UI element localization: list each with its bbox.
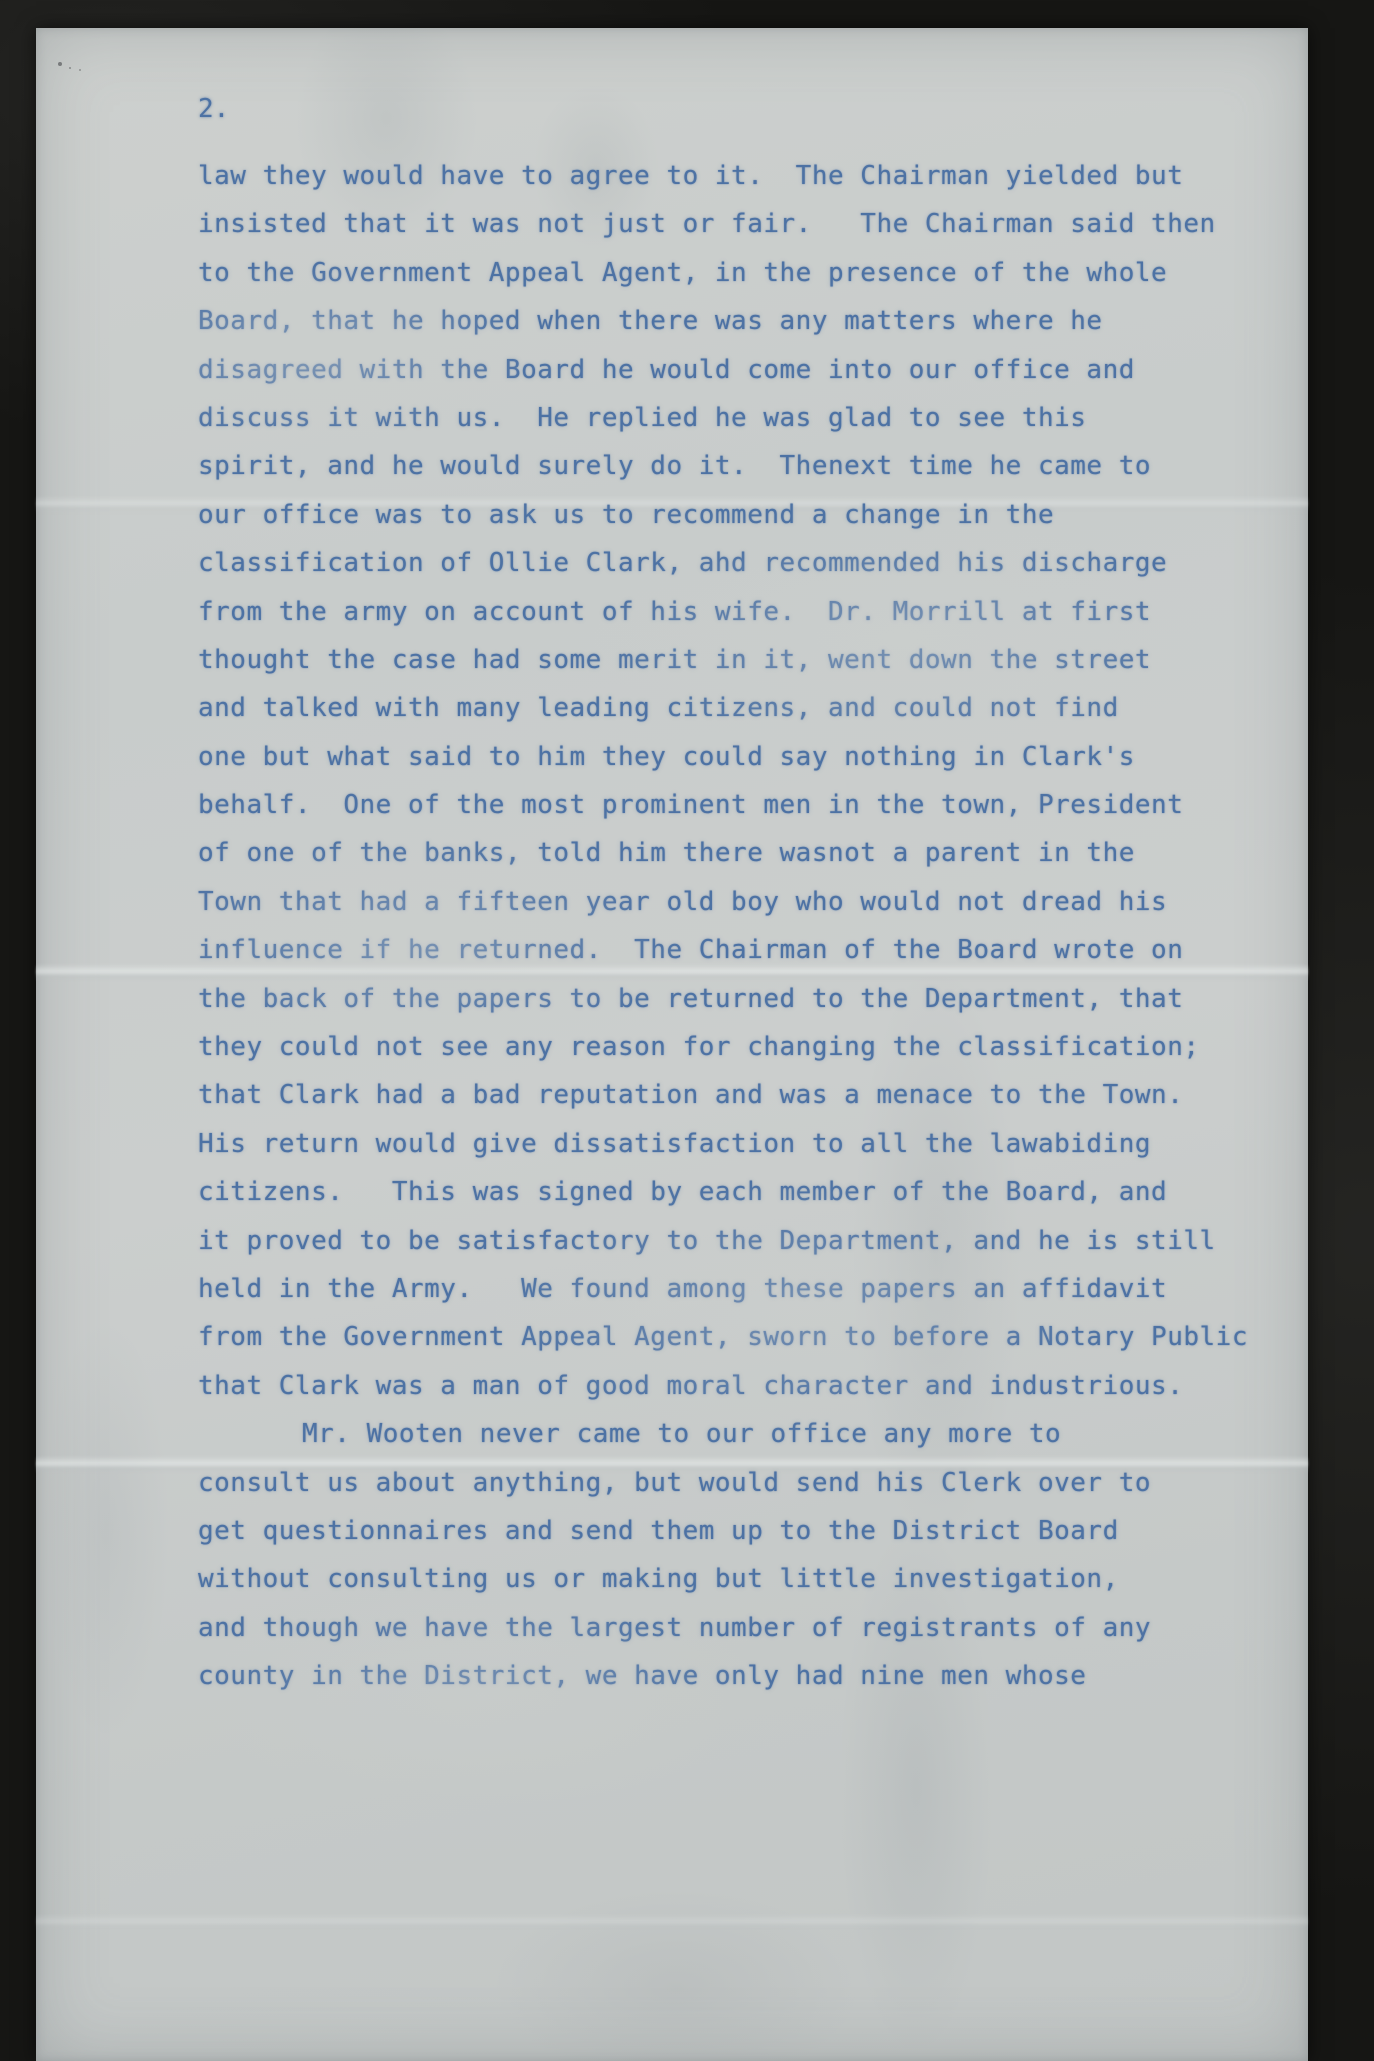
typed-line: without consulting us or making but litt…	[198, 1555, 1278, 1603]
typed-line: insisted that it was not just or fair. T…	[198, 200, 1278, 248]
typed-line: from the Government Appeal Agent, sworn …	[198, 1313, 1278, 1361]
typed-line: citizens. This was signed by each member…	[198, 1168, 1278, 1216]
typed-line: of one of the banks, told him there wasn…	[198, 829, 1278, 877]
page-number: 2.	[198, 94, 229, 124]
typed-line: law they would have to agree to it. The …	[198, 152, 1278, 200]
typed-line: from the army on account of his wife. Dr…	[198, 588, 1278, 636]
typed-line: consult us about anything, but would sen…	[198, 1459, 1278, 1507]
typed-line: Town that had a fifteen year old boy who…	[198, 878, 1278, 926]
typed-line: Board, that he hoped when there was any …	[198, 297, 1278, 345]
typed-line: disagreed with the Board he would come i…	[198, 346, 1278, 394]
typed-line: classification of Ollie Clark, ahd recom…	[198, 539, 1278, 587]
ink-smudge-dots	[58, 62, 62, 66]
typed-line: behalf. One of the most prominent men in…	[198, 781, 1278, 829]
paragraph-2: Mr. Wooten never came to our office any …	[198, 1410, 1278, 1700]
typed-line: held in the Army. We found among these p…	[198, 1265, 1278, 1313]
document-page: 2. law they would have to agree to it. T…	[36, 28, 1308, 2061]
typed-line: Mr. Wooten never came to our office any …	[198, 1410, 1278, 1458]
typed-line: influence if he returned. The Chairman o…	[198, 926, 1278, 974]
typed-line: it proved to be satisfactory to the Depa…	[198, 1217, 1278, 1265]
fold-crease	[36, 1914, 1308, 1932]
typed-text-block: law they would have to agree to it. The …	[198, 152, 1278, 1701]
typed-line: to the Government Appeal Agent, in the p…	[198, 249, 1278, 297]
typed-line: and though we have the largest number of…	[198, 1604, 1278, 1652]
typed-line: one but what said to him they could say …	[198, 733, 1278, 781]
typed-line: thought the case had some merit in it, w…	[198, 636, 1278, 684]
typed-line: His return would give dissatisfaction to…	[198, 1120, 1278, 1168]
typed-line: spirit, and he would surely do it. Thene…	[198, 442, 1278, 490]
typed-line: that Clark was a man of good moral chara…	[198, 1362, 1278, 1410]
typed-line: the back of the papers to be returned to…	[198, 975, 1278, 1023]
typed-line: they could not see any reason for changi…	[198, 1023, 1278, 1071]
typed-line: county in the District, we have only had…	[198, 1652, 1278, 1700]
typed-line: that Clark had a bad reputation and was …	[198, 1071, 1278, 1119]
typed-line: and talked with many leading citizens, a…	[198, 684, 1278, 732]
typed-line: our office was to ask us to recommend a …	[198, 491, 1278, 539]
paragraph-1: law they would have to agree to it. The …	[198, 152, 1278, 1410]
typed-line: get questionnaires and send them up to t…	[198, 1507, 1278, 1555]
typed-line: discuss it with us. He replied he was gl…	[198, 394, 1278, 442]
